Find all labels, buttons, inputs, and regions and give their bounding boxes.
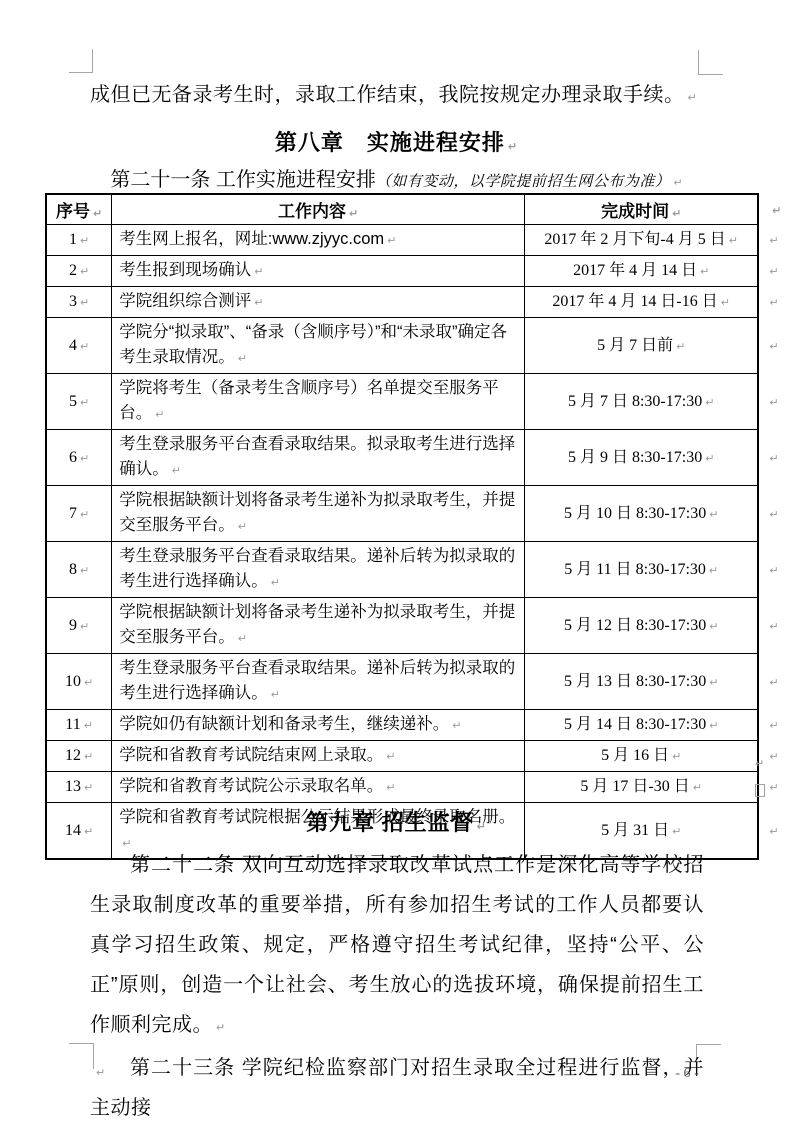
row-time-text: 5 月 14 日 8:30-17:30 <box>564 716 706 733</box>
paragraph-mark-icon: ↵ <box>84 676 93 689</box>
paragraph-mark-icon: ↵ <box>769 396 778 409</box>
paragraph-mark-icon: ↵ <box>238 632 247 645</box>
row-content-cell: 学院和省教育考试院结束网上录取。↵ <box>112 741 525 772</box>
row-end-mark-cell: ↵ <box>758 256 792 287</box>
paragraph-mark-icon: ↵ <box>769 340 778 353</box>
row-time-cell: 2017 年 4 月 14 日↵ <box>525 256 759 287</box>
paragraph-mark-icon: ↵ <box>769 676 778 689</box>
row-content-cell: 学院根据缺额计划将备录考生递补为拟录取考生，并提交至服务平台。↵ <box>112 598 525 654</box>
row-number-text: 9 <box>69 617 77 634</box>
row-number-text: 5 <box>69 393 77 410</box>
table-row: 7↵ 学院根据缺额计划将备录考生递补为拟录取考生，并提交至服务平台。↵ 5 月 … <box>46 486 792 542</box>
paragraph-mark-icon: ↵ <box>769 234 778 247</box>
row-time-cell: 5 月 16 日↵ <box>525 741 759 772</box>
row-content-text: 学院和省教育考试院结束网上录取。 <box>119 746 383 764</box>
row-time-cell: 5 月 11 日 8:30-17:30↵ <box>525 542 759 598</box>
chapter-eight-title-text: 第八章 实施进程安排 <box>275 130 505 155</box>
paragraph-mark-icon: ↵ <box>386 781 395 794</box>
paragraph-mark-icon: ↵ <box>772 204 781 217</box>
paragraph-mark-icon: ↵ <box>688 91 698 104</box>
paragraph-mark-icon: ↵ <box>84 781 93 794</box>
paragraph-mark-icon: ↵ <box>80 452 89 465</box>
header-cell-seq: 序号↵ <box>46 194 112 225</box>
row-content-text: 学院根据缺额计划将备录考生递补为拟录取考生，并提交至服务平台。 <box>119 603 515 646</box>
row-number-text: 6 <box>69 449 77 466</box>
paragraph-mark-icon: ↵ <box>709 620 718 633</box>
row-number-text: 3 <box>69 293 77 310</box>
row-number-cell: 2↵ <box>46 256 112 287</box>
paragraph-mark-icon: ↵ <box>709 719 718 732</box>
paragraph-mark-icon: ↵ <box>80 396 89 409</box>
row-number-cell: 11↵ <box>46 710 112 741</box>
row-time-cell: 5 月 17 日-30 日↵ <box>525 772 759 803</box>
row-end-mark-cell: ↵ <box>758 710 792 741</box>
paragraph-mark-icon: ↵ <box>672 750 681 763</box>
row-content-cell: 学院分“拟录取”、“备录（含顺序号）”和“未录取”确定各考生录取情况。↵ <box>112 318 525 374</box>
row-end-mark-cell: ↵ <box>758 318 792 374</box>
paragraph-mark-icon: ↵ <box>769 750 778 763</box>
paragraph-mark-icon: ↵ <box>216 1021 226 1034</box>
paragraph-mark-icon: ↵ <box>709 676 718 689</box>
document-page: 成但已无备录考生时，录取工作结束，我院按规定办理录取手续。↵ 第八章 实施进程安… <box>0 0 793 1130</box>
row-content-text: 学院组织综合测评 <box>119 292 251 310</box>
row-time-text: 5 月 13 日 8:30-17:30 <box>564 673 706 690</box>
page-number: - 6 - <box>662 1066 712 1082</box>
table-row: 11↵ 学院如仍有缺额计划和备录考生，继续递补。↵ 5 月 14 日 8:30-… <box>46 710 792 741</box>
paragraph-mark-icon: ↵ <box>172 464 181 477</box>
crop-mark-top-right-icon <box>698 50 723 75</box>
row-time-text: 5 月 10 日 8:30-17:30 <box>564 505 706 522</box>
paragraph-mark-icon: ↵ <box>155 408 164 421</box>
header-seq-text: 序号 <box>56 202 90 221</box>
body-text-block: 第二十二条 双向互动选择录取改革试点工作是深化高等学校招生录取制度改革的重要举措… <box>90 845 704 1128</box>
row-content-cell: 考生网上报名，网址:www.zjyyc.com↵ <box>112 225 525 256</box>
paragraph-mark-icon: ↵ <box>769 719 778 732</box>
table-row: 2↵ 考生报到现场确认↵ 2017 年 4 月 14 日↵ ↵ <box>46 256 792 287</box>
article-22-text: 第二十二条 双向互动选择录取改革试点工作是深化高等学校招生录取制度改革的重要举措… <box>90 854 704 1036</box>
paragraph-mark-icon: ↵ <box>769 508 778 521</box>
row-time-cell: 5 月 10 日 8:30-17:30↵ <box>525 486 759 542</box>
row-time-text: 2017 年 4 月 14 日-16 日 <box>552 293 717 310</box>
row-time-text: 5 月 7 日 8:30-17:30 <box>568 393 702 410</box>
paragraph-mark-icon: ↵ <box>769 265 778 278</box>
paragraph-mark-icon: ↵ <box>80 296 89 309</box>
row-content-cell: 考生登录服务平台查看录取结果。递补后转为拟录取的考生进行选择确认。↵ <box>112 542 525 598</box>
row-content-cell: 考生报到现场确认↵ <box>112 256 525 287</box>
paragraph-mark-icon: ↵ <box>80 340 89 353</box>
paragraph-mark-icon: ↵ <box>769 452 778 465</box>
header-cell-time: 完成时间↵ <box>525 194 759 225</box>
paragraph-mark-icon: ↵ <box>705 396 714 409</box>
row-end-mark-cell: ↵ <box>758 374 792 430</box>
table-row: 9↵ 学院根据缺额计划将备录考生递补为拟录取考生，并提交至服务平台。↵ 5 月 … <box>46 598 792 654</box>
row-time-text: 2017 年 2 月下旬-4 月 5 日 <box>544 231 725 248</box>
paragraph-mark-icon: ↵ <box>271 576 280 589</box>
paragraph-mark-icon: ↵ <box>80 564 89 577</box>
article-23-text: 第二十三条 学院纪检监察部门对招生录取全过程进行监督，并主动接 <box>90 1057 704 1119</box>
table-row: 8↵ 考生登录服务平台查看录取结果。递补后转为拟录取的考生进行选择确认。↵ 5 … <box>46 542 792 598</box>
paragraph-mark-icon: ↵ <box>477 820 487 833</box>
paragraph-mark-icon: ↵ <box>729 234 738 247</box>
row-content-text: 考生登录服务平台查看录取结果。递补后转为拟录取的考生进行选择确认。 <box>119 547 515 590</box>
row-content-text: 学院根据缺额计划将备录考生递补为拟录取考生，并提交至服务平台。 <box>119 491 515 534</box>
row-content-text: 考生登录服务平台查看录取结果。递补后转为拟录取的考生进行选择确认。 <box>119 659 515 702</box>
paragraph-mark-icon: ↵ <box>452 719 461 732</box>
paragraph-mark-icon: ↵ <box>676 340 685 353</box>
paragraph-mark-icon: ↵ <box>769 296 778 309</box>
paragraph-mark-icon: ↵ <box>709 564 718 577</box>
row-number-text: 11 <box>65 716 80 733</box>
row-content-text: 考生报到现场确认 <box>119 261 251 279</box>
row-end-mark-cell: ↵ <box>758 654 792 710</box>
paragraph-mark-icon: ↵ <box>769 620 778 633</box>
object-anchor-icon <box>755 784 765 797</box>
paragraph-mark-icon: ↵ <box>700 265 709 278</box>
row-end-mark-cell: ↵ <box>758 194 792 225</box>
header-content-text: 工作内容 <box>278 202 346 221</box>
row-time-cell: 5 月 13 日 8:30-17:30↵ <box>525 654 759 710</box>
row-number-cell: 10↵ <box>46 654 112 710</box>
table-row: 5↵ 学院将考生（备录考生含顺序号）名单提交至服务平台。↵ 5 月 7 日 8:… <box>46 374 792 430</box>
row-end-mark-cell: ↵ <box>758 486 792 542</box>
row-number-cell: 12↵ <box>46 741 112 772</box>
table-row: 6↵ 考生登录服务平台查看录取结果。拟录取考生进行选择确认。↵ 5 月 9 日 … <box>46 430 792 486</box>
paragraph-mark-icon: ↵ <box>508 140 518 153</box>
paragraph-mark-icon: ↵ <box>238 520 247 533</box>
row-end-mark-cell: ↵ <box>758 287 792 318</box>
paragraph-mark-icon: ↵ <box>271 688 280 701</box>
row-number-cell: 9↵ <box>46 598 112 654</box>
header-time-text: 完成时间 <box>601 202 669 221</box>
row-content-cell: 学院如仍有缺额计划和备录考生，继续递补。↵ <box>112 710 525 741</box>
row-number-cell: 5↵ <box>46 374 112 430</box>
chapter-nine-title-text: 第九章 招生监督 <box>306 810 474 835</box>
table-row: 10↵ 考生登录服务平台查看录取结果。递补后转为拟录取的考生进行选择确认。↵ 5… <box>46 654 792 710</box>
row-time-cell: 2017 年 4 月 14 日-16 日↵ <box>525 287 759 318</box>
row-content-text: 学院将考生（备录考生含顺序号）名单提交至服务平台。 <box>119 379 499 422</box>
row-number-text: 10 <box>65 673 81 690</box>
paragraph-mark-icon: ↵ <box>672 207 681 220</box>
intro-paragraph: 成但已无备录考生时，录取工作结束，我院按规定办理录取手续。↵ <box>90 82 715 111</box>
row-time-text: 5 月 9 日 8:30-17:30 <box>568 449 702 466</box>
row-time-cell: 5 月 7 日 8:30-17:30↵ <box>525 374 759 430</box>
article-23-paragraph: 第二十三条 学院纪检监察部门对招生录取全过程进行监督，并主动接 <box>90 1048 704 1128</box>
row-time-text: 5 月 17 日-30 日 <box>580 778 689 795</box>
row-content-cell: 学院根据缺额计划将备录考生递补为拟录取考生，并提交至服务平台。↵ <box>112 486 525 542</box>
paragraph-mark-icon: ↵ <box>93 207 102 220</box>
article-21-title-text: 第二十一条 工作实施进程安排 <box>110 169 376 191</box>
crop-mark-top-left-icon <box>69 49 93 73</box>
row-time-cell: 5 月 9 日 8:30-17:30↵ <box>525 430 759 486</box>
row-time-cell: 2017 年 2 月下旬-4 月 5 日↵ <box>525 225 759 256</box>
row-content-cell: 考生登录服务平台查看录取结果。递补后转为拟录取的考生进行选择确认。↵ <box>112 654 525 710</box>
row-time-cell: 5 月 12 日 8:30-17:30↵ <box>525 598 759 654</box>
row-number-cell: 6↵ <box>46 430 112 486</box>
row-content-text: 考生网上报名，网址:www.zjyyc.com <box>119 230 384 248</box>
paragraph-mark-icon: ↵ <box>769 781 778 794</box>
paragraph-mark-icon: ↵ <box>80 265 89 278</box>
row-number-text: 7 <box>69 505 77 522</box>
paragraph-mark-icon: ↵ <box>84 719 93 732</box>
row-time-text: 2017 年 4 月 14 日 <box>573 262 697 279</box>
article-21-note: （如有变动，以学院提前招生网公布为准） <box>376 174 671 190</box>
paragraph-mark-icon: ↵ <box>254 265 263 278</box>
row-time-cell: 5 月 14 日 8:30-17:30↵ <box>525 710 759 741</box>
table-row: 3↵ 学院组织综合测评↵ 2017 年 4 月 14 日-16 日↵ ↵ <box>46 287 792 318</box>
paragraph-mark-icon: ↵ <box>80 508 89 521</box>
row-time-text: 5 月 16 日 <box>601 747 669 764</box>
table-header-row: 序号↵ 工作内容↵ 完成时间↵ ↵ <box>46 194 792 225</box>
row-number-cell: 13↵ <box>46 772 112 803</box>
row-number-text: 8 <box>69 561 77 578</box>
table-row: 12↵ 学院和省教育考试院结束网上录取。↵ 5 月 16 日↵ ↵ <box>46 741 792 772</box>
row-number-text: 2 <box>69 262 77 279</box>
chapter-nine-heading: 第九章 招生监督↵ <box>0 806 793 837</box>
paragraph-mark-icon: ↵ <box>705 452 714 465</box>
row-number-cell: 1↵ <box>46 225 112 256</box>
paragraph-mark-icon: ↵ <box>673 176 682 189</box>
row-content-cell: 学院将考生（备录考生含顺序号）名单提交至服务平台。↵ <box>112 374 525 430</box>
paragraph-mark-icon: ↵ <box>80 620 89 633</box>
row-time-cell: 5 月 7 日前↵ <box>525 318 759 374</box>
paragraph-mark-icon: ↵ <box>769 564 778 577</box>
paragraph-mark-icon: ↵ <box>349 207 358 220</box>
paragraph-mark-icon: ↵ <box>238 352 247 365</box>
row-number-cell: 8↵ <box>46 542 112 598</box>
row-content-cell: 学院组织综合测评↵ <box>112 287 525 318</box>
paragraph-mark-icon: ↵ <box>693 781 702 794</box>
row-content-text: 学院如仍有缺额计划和备录考生，继续递补。 <box>119 715 449 733</box>
paragraph-mark-icon: ↵ <box>84 750 93 763</box>
row-time-text: 5 月 7 日前 <box>597 337 673 354</box>
row-time-text: 5 月 12 日 8:30-17:30 <box>564 617 706 634</box>
paragraph-mark-icon: ↵ <box>386 750 395 763</box>
article-21-heading: 第二十一条 工作实施进程安排（如有变动，以学院提前招生网公布为准）↵ <box>0 163 793 192</box>
row-content-text: 学院和省教育考试院公示录取名单。 <box>119 777 383 795</box>
row-time-text: 5 月 11 日 8:30-17:30 <box>564 561 706 578</box>
empty-paragraph-mark-icon: ↵ <box>755 757 764 770</box>
row-number-text: 1 <box>69 231 77 248</box>
paragraph-mark-icon: ↵ <box>721 296 730 309</box>
row-number-cell: 3↵ <box>46 287 112 318</box>
header-cell-content: 工作内容↵ <box>112 194 525 225</box>
paragraph-mark-icon: ↵ <box>709 508 718 521</box>
row-number-text: 12 <box>65 747 81 764</box>
paragraph-mark-icon: ↵ <box>80 234 89 247</box>
table-row: 1↵ 考生网上报名，网址:www.zjyyc.com↵ 2017 年 2 月下旬… <box>46 225 792 256</box>
chapter-eight-heading: 第八章 实施进程安排↵ <box>0 126 793 157</box>
row-number-text: 4 <box>69 337 77 354</box>
row-content-cell: 考生登录服务平台查看录取结果。拟录取考生进行选择确认。↵ <box>112 430 525 486</box>
table-row: 4↵ 学院分“拟录取”、“备录（含顺序号）”和“未录取”确定各考生录取情况。↵ … <box>46 318 792 374</box>
intro-text: 成但已无备录考生时，录取工作结束，我院按规定办理录取手续。 <box>90 84 685 106</box>
article-22-paragraph: 第二十二条 双向互动选择录取改革试点工作是深化高等学校招生录取制度改革的重要举措… <box>90 845 704 1048</box>
row-number-text: 13 <box>65 778 81 795</box>
row-content-cell: 学院和省教育考试院公示录取名单。↵ <box>112 772 525 803</box>
footer-paragraph-mark-icon: ↵ <box>96 1066 105 1079</box>
row-end-mark-cell: ↵ <box>758 598 792 654</box>
row-number-cell: 7↵ <box>46 486 112 542</box>
row-end-mark-cell: ↵ <box>758 430 792 486</box>
paragraph-mark-icon: ↵ <box>254 296 263 309</box>
paragraph-mark-icon: ↵ <box>387 234 396 247</box>
row-content-text: 学院分“拟录取”、“备录（含顺序号）”和“未录取”确定各考生录取情况。 <box>119 323 507 366</box>
row-number-cell: 4↵ <box>46 318 112 374</box>
table-row: 13↵ 学院和省教育考试院公示录取名单。↵ 5 月 17 日-30 日↵ ↵ <box>46 772 792 803</box>
row-end-mark-cell: ↵ <box>758 225 792 256</box>
row-end-mark-cell: ↵ <box>758 542 792 598</box>
schedule-table: 序号↵ 工作内容↵ 完成时间↵ ↵ 1↵ 考生网上报名，网址:www.zjyyc… <box>45 193 793 860</box>
